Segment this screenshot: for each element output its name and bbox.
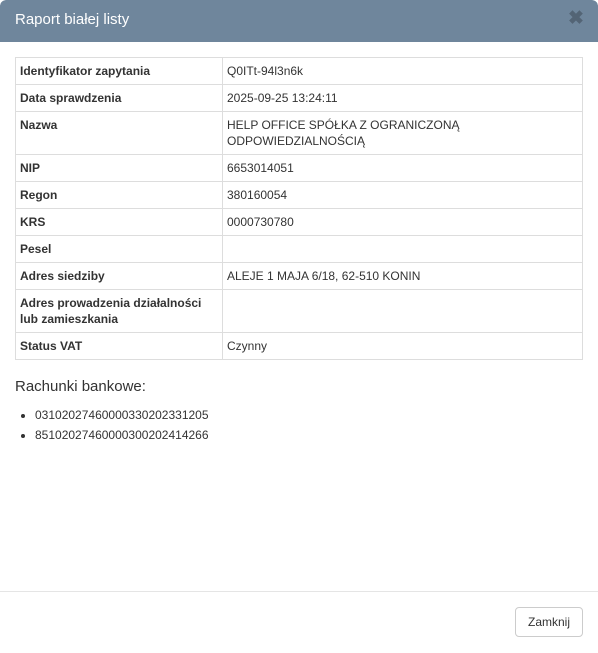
row-value: 380160054	[223, 182, 583, 209]
modal-footer: Zamknij	[0, 591, 598, 653]
row-value: 6653014051	[223, 155, 583, 182]
row-label: Identyfikator zapytania	[16, 58, 223, 85]
row-value: ALEJE 1 MAJA 6/18, 62-510 KONIN	[223, 263, 583, 290]
row-value: 0000730780	[223, 209, 583, 236]
details-table: Identyfikator zapytaniaQ0ITt-94l3n6k Dat…	[15, 57, 583, 360]
table-row: Data sprawdzenia2025-09-25 13:24:11	[16, 85, 583, 112]
row-value	[223, 290, 583, 333]
row-label: Status VAT	[16, 333, 223, 360]
row-label: Nazwa	[16, 112, 223, 155]
row-value: Q0ITt-94l3n6k	[223, 58, 583, 85]
bank-accounts-list: 03102027460000330202331205 8510202746000…	[15, 405, 583, 445]
table-row: Identyfikator zapytaniaQ0ITt-94l3n6k	[16, 58, 583, 85]
table-row: Regon380160054	[16, 182, 583, 209]
row-label: Adres prowadzenia działalności lub zamie…	[16, 290, 223, 333]
modal-header: Raport białej listy ✖	[0, 0, 598, 42]
table-row: KRS0000730780	[16, 209, 583, 236]
row-value	[223, 236, 583, 263]
table-row: Status VATCzynny	[16, 333, 583, 360]
row-value: Czynny	[223, 333, 583, 360]
list-item: 03102027460000330202331205	[35, 405, 583, 425]
list-item: 85102027460000300202414266	[35, 425, 583, 445]
row-label: Pesel	[16, 236, 223, 263]
bank-accounts-title: Rachunki bankowe:	[15, 378, 583, 395]
close-icon[interactable]: ✖	[568, 10, 584, 28]
modal-title: Raport białej listy	[15, 11, 129, 28]
table-row: Pesel	[16, 236, 583, 263]
row-label: Adres siedziby	[16, 263, 223, 290]
row-label: NIP	[16, 155, 223, 182]
row-value: 2025-09-25 13:24:11	[223, 85, 583, 112]
table-row: Adres prowadzenia działalności lub zamie…	[16, 290, 583, 333]
table-row: NazwaHELP OFFICE SPÓŁKA Z OGRANICZONĄ OD…	[16, 112, 583, 155]
row-label: Data sprawdzenia	[16, 85, 223, 112]
row-label: KRS	[16, 209, 223, 236]
row-label: Regon	[16, 182, 223, 209]
modal-body: Identyfikator zapytaniaQ0ITt-94l3n6k Dat…	[0, 42, 598, 445]
whitelist-report-modal: Raport białej listy ✖ Identyfikator zapy…	[0, 0, 598, 653]
table-row: Adres siedzibyALEJE 1 MAJA 6/18, 62-510 …	[16, 263, 583, 290]
close-button[interactable]: Zamknij	[515, 607, 583, 637]
table-row: NIP6653014051	[16, 155, 583, 182]
row-value: HELP OFFICE SPÓŁKA Z OGRANICZONĄ ODPOWIE…	[223, 112, 583, 155]
